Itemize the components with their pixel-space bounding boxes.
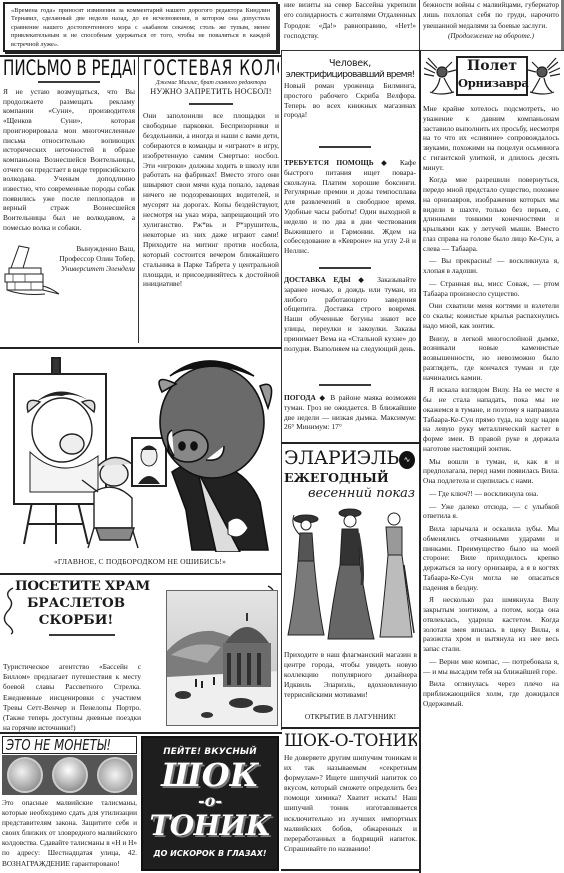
fashion-illustration: [284, 505, 417, 645]
classified-divider: [319, 267, 371, 269]
tonic-ad: ПЕЙТЕ! ВКУСНЫЙ ШОК -о- ТОНИК ДО ИСКОРОК …: [141, 736, 279, 871]
bullet-icon: ◆: [319, 393, 326, 402]
ornizaur-right-icon: [526, 56, 562, 96]
story-paragraph: — Странная вы, мисс Соваж, — ртом Табаар…: [423, 279, 559, 299]
cartoon-caption: «ГЛАВНОЕ, С ПОДБОРОДКОМ НЕ ОШИБИСЬ!»: [2, 557, 278, 567]
story-paragraph: Внизу, в легкой многослойной дымке, возн…: [423, 334, 559, 383]
section-rule: [281, 869, 419, 871]
fashion-body: Приходите в наш флагманский магазин в це…: [284, 650, 417, 700]
snowy-temple-photo: [167, 591, 278, 726]
cartoon-illustration: [2, 352, 278, 552]
story-header: Полет Орнизавра: [422, 54, 562, 99]
section-rule: [0, 347, 282, 349]
temple-body: Туристическое агентство «Бассейн с Билло…: [3, 662, 141, 733]
fashion-ad: ЭЛАРИЭЛЬ ∿ ЕЖЕГОДНЫЙ весенний показ: [284, 447, 417, 502]
story-paragraph: Мне крайне хотелось подсмотреть, но уваж…: [423, 104, 559, 172]
story-paragraph: Я несколько раз шмякнула Вилу закрытым з…: [423, 595, 559, 654]
coins-photo: [2, 755, 137, 795]
coins-ad: ЭТО НЕ МОНЕТЫ! Это опасные малвийские та…: [2, 736, 137, 869]
tonic-text-body: Не доверяете другим шипучим тоникам и их…: [284, 753, 417, 854]
fashion-script: весенний показ: [284, 486, 417, 502]
story-title-2: Орнизавра: [458, 75, 526, 91]
signature-line-2: Профессор Олин Тобер,: [59, 254, 135, 264]
story-paragraph: Я искала взглядом Вилу. На ее месте я бы…: [423, 385, 559, 453]
apology-box: «Времена года» приносят извинения за ком…: [3, 2, 278, 52]
temple-title-3: СКОРБИ!: [15, 612, 137, 629]
continuation-col-b-wrap: бежности войны с малвийцами, губернатор …: [423, 0, 559, 42]
book-ad: Человек, электрифицировавший время! Новы…: [284, 58, 416, 120]
section-rule: [282, 50, 564, 51]
fashion-opening: ОТКРЫТИЕ В ЛАТУННИК!: [284, 712, 417, 722]
title-divider: [49, 634, 115, 636]
fashion-brand: ЭЛАРИЭЛЬ: [284, 447, 417, 470]
signature-block: Вынужденно Ваш, Профессор Олин Тобер, Ун…: [59, 244, 135, 274]
guest-body: Они заполонили все площадки и свободные …: [143, 111, 279, 289]
column-divider: [138, 57, 139, 343]
temple-title-2: БРАСЛЕТОВ: [15, 595, 137, 612]
column-divider: [419, 50, 421, 873]
continuation-col-b: бежности войны с малвийцами, губернатор …: [423, 0, 559, 31]
books-scroll-icon: [3, 242, 61, 298]
story-body: Мне крайне хотелось подсмотреть, но уваж…: [423, 104, 559, 709]
coins-title: ЭТО НЕ МОНЕТЫ!: [6, 737, 107, 754]
classified-text: Кафе быстрого питания ищет повара-скольз…: [284, 158, 416, 255]
bullet-icon: ◆: [358, 275, 369, 284]
tonic-text-title-label: ШОК-О-ТОНИК: [284, 730, 417, 752]
story-paragraph: Они схватили меня когтями и взлетели со …: [423, 301, 559, 330]
signature-line-1: Вынужденно Ваш,: [59, 244, 135, 254]
compass-badge-icon: ∿: [399, 451, 415, 469]
coins-body: Это опасные малвийские талисманы, которы…: [2, 798, 137, 869]
book-title-1: Человек,: [284, 58, 416, 69]
story-paragraph: Когда мне разрешили повернуться, передо …: [423, 175, 559, 253]
coins-title-box: ЭТО НЕ МОНЕТЫ!: [2, 736, 137, 754]
letter-signature: Вынужденно Ваш, Профессор Олин Тобер, Ун…: [3, 238, 135, 298]
tonic-text-title: ШОК-О-ТОНИК: [284, 730, 417, 752]
signature-line-3: Университет Элендели: [59, 264, 135, 274]
classified-label: ДОСТАВКА ЕДЫ: [284, 275, 351, 284]
continuation-col-a: ние визиты на север Бассейна укрепили ег…: [284, 0, 416, 42]
classified-text: Заказывайте заранее ночью, в дождь или т…: [284, 275, 416, 353]
temple-title-1: ПОСЕТИТЕ ХРАМ: [15, 578, 137, 595]
tonic-ad-line2: -о-: [143, 792, 277, 810]
story-paragraph: — Уже далеко отсюда, — с улыбкой ответил…: [423, 502, 559, 522]
flourish-left-icon: [3, 586, 17, 636]
tonic-ad-line3: ТОНИК: [143, 810, 277, 842]
tonic-ad-bottom: ДО ИСКОРОК В ГЛАЗАХ!: [143, 848, 277, 860]
section-rule: [0, 573, 282, 575]
story-title-1: Полет: [458, 58, 526, 75]
three-models-illustration: [284, 505, 417, 645]
continued-note: (Продолжение на обороте.): [423, 31, 559, 41]
classified-divider: [319, 146, 371, 148]
classified-food-delivery: ДОСТАВКА ЕДЫ ◆ Заказывайте заранее ночью…: [284, 275, 416, 353]
story-title-box: Полет Орнизавра: [456, 56, 528, 96]
classified-label: ТРЕБУЕТСЯ ПОМОЩЬ: [284, 158, 374, 167]
guest-column-section: ГОСТЕВАЯ КОЛОНКА Джемис Миллис, брат гла…: [143, 58, 279, 289]
classified-divider: [319, 384, 371, 386]
section-rule: [281, 442, 419, 444]
classified-weather: ПОГОДА ◆ В районе маяка возможен туман. …: [284, 393, 416, 432]
temple-ad: ПОСЕТИТЕ ХРАМ БРАСЛЕТОВ СКОРБИ!: [3, 578, 137, 642]
guest-byline: Джемис Миллис, брат главного редактора: [143, 79, 279, 87]
classified-help-wanted: ТРЕБУЕТСЯ ПОМОЩЬ ◆ Кафе быстрого питания…: [284, 158, 416, 256]
ornizaur-left-icon: [422, 56, 458, 96]
guest-column-title: ГОСТЕВАЯ КОЛОНКА: [143, 58, 279, 78]
talisman-coin-icon: [97, 757, 133, 793]
apology-text: «Времена года» приносят извинения за ком…: [11, 7, 270, 49]
fashion-brand-row: ЭЛАРИЭЛЬ ∿: [284, 447, 417, 470]
story-paragraph: — Вы прекрасны! — воскликнула я, хлопая …: [423, 256, 559, 276]
story-paragraph: Вила оглянулась через плечо на приближаю…: [423, 679, 559, 708]
tonic-ad-line1: ШОК: [143, 758, 277, 792]
letter-body: Я не устаю возмущаться, что Вы продолжае…: [3, 87, 135, 233]
title-divider: [38, 81, 100, 83]
talisman-coin-icon: [7, 757, 43, 793]
section-rule: [0, 732, 282, 734]
letter-section: ПИСЬМО В РЕДАКЦИЮ Я не устаю возмущаться…: [3, 58, 135, 298]
fashion-sub: ЕЖЕГОДНЫЙ: [284, 470, 417, 486]
section-rule: [0, 55, 282, 57]
column-divider: [281, 50, 282, 730]
classified-label: ПОГОДА: [284, 393, 316, 402]
story-paragraph: — Верни мне компас, — потребовала я, — и…: [423, 657, 559, 677]
guest-headline: НУЖНО ЗАПРЕТИТЬ НОСБОЛ!: [143, 87, 279, 97]
story-paragraph: Мы вошли в туман, и, как я и предполагал…: [423, 457, 559, 486]
book-body: Новый роман уроженца Билминга, простого …: [284, 81, 416, 120]
story-paragraph: Вила зарычала и оскалила зубы. Мы обменя…: [423, 524, 559, 592]
story-paragraph: — Где ключ?! — воскликнула она.: [423, 489, 559, 499]
section-rule: [281, 727, 419, 729]
letter-title: ПИСЬМО В РЕДАКЦИЮ: [3, 58, 135, 78]
temple-photo: [166, 590, 278, 726]
talisman-coin-icon: [52, 757, 88, 793]
bullet-icon: ◆: [381, 158, 392, 167]
book-title-2: электрифицировавший время!: [284, 69, 416, 80]
column-divider: [419, 0, 420, 50]
tonic-text-ad: ШОК-О-ТОНИК Не доверяете другим шипучим …: [284, 730, 417, 854]
boar-portrait-illustration: [2, 352, 278, 552]
title-divider: [189, 103, 233, 105]
